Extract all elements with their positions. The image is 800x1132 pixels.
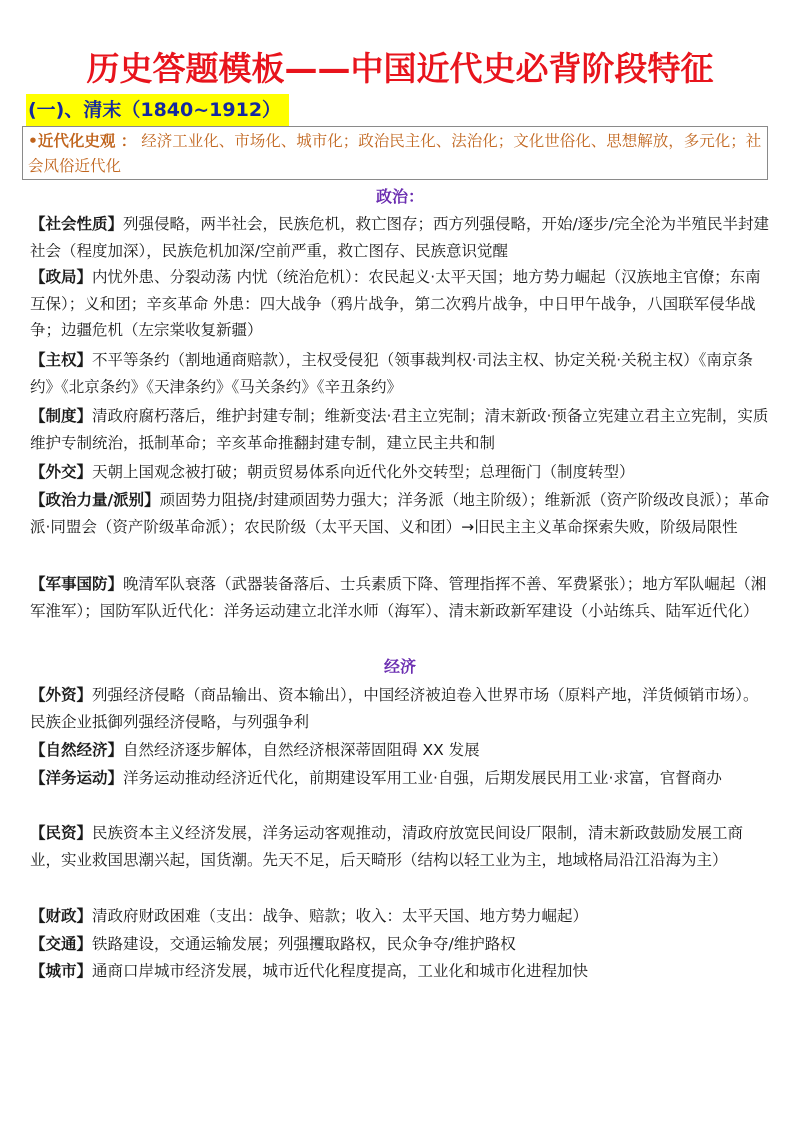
- entry-tag: 【政治力量/派别】: [30, 491, 160, 509]
- entry-tag: 【民资】: [30, 824, 92, 842]
- entry-text: 列强经济侵略（商品输出、资本输出），中国经济被迫卷入世界市场（原料产地，洋货倾销…: [30, 686, 759, 731]
- entry-finance: 【财政】清政府财政困难（支出：战争、赔款；收入：太平天国、地方势力崛起）: [30, 903, 774, 930]
- entry-text: 民族资本主义经济发展，洋务运动客观推动，清政府放宽民间设厂限制，清末新政鼓励发展…: [30, 824, 743, 869]
- entry-diplomacy: 【外交】天朝上国观念被打破；朝贡贸易体系向近代化外交转型；总理衙门（制度转型）: [30, 459, 774, 486]
- entry-tag: 【政局】: [30, 268, 92, 286]
- modernization-view-label: •近代化史观 ：: [28, 132, 136, 150]
- entry-text: 清政府财政困难（支出：战争、赔款；收入：太平天国、地方势力崛起）: [92, 907, 588, 925]
- entry-transportation: 【交通】铁路建设，交通运输发展；列强攫取路权，民众争夺/维护路权: [30, 931, 774, 958]
- entry-tag: 【财政】: [30, 907, 92, 925]
- entry-text: 不平等条约（割地通商赔款），主权受侵犯（领事裁判权·司法主权、协定关税·关税主权…: [30, 351, 753, 396]
- entry-military-defense: 【军事国防】晚清军队衰落（武器装备落后、士兵素质下降、管理指挥不善、军费紧张）；…: [30, 571, 774, 624]
- section-heading-economy: 经济: [0, 654, 800, 680]
- entry-tag: 【洋务运动】: [30, 769, 123, 787]
- modernization-view-text: 经济工业化、市场化、城市化；政治民主化、法治化；文化世俗化、思想解放，多元化；社…: [28, 132, 761, 175]
- entry-tag: 【制度】: [30, 407, 92, 425]
- entry-political-situation: 【政局】内忧外患、分裂动荡 内忧（统治危机）：农民起义·太平天国；地方势力崛起（…: [30, 264, 774, 344]
- entry-tag: 【社会性质】: [30, 215, 123, 233]
- period-header: (一)、清末（1840~1912）: [26, 94, 289, 126]
- entry-social-nature: 【社会性质】列强侵略，两半社会，民族危机，救亡图存；西方列强侵略，开始/逐步/完…: [30, 211, 774, 264]
- document-page: 历史答题模板——中国近代史必背阶段特征 (一)、清末（1840~1912） •近…: [0, 0, 800, 1132]
- page-title: 历史答题模板——中国近代史必背阶段特征: [0, 44, 800, 94]
- entry-tag: 【军事国防】: [30, 575, 123, 593]
- entry-text: 天朝上国观念被打破；朝贡贸易体系向近代化外交转型；总理衙门（制度转型）: [92, 463, 635, 481]
- entry-text: 自然经济逐步解体，自然经济根深蒂固阻碍 XX 发展: [123, 741, 480, 759]
- section-heading-politics: 政治：: [0, 184, 800, 210]
- entry-natural-economy: 【自然经济】自然经济逐步解体，自然经济根深蒂固阻碍 XX 发展: [30, 737, 774, 764]
- entry-foreign-capital: 【外资】列强经济侵略（商品输出、资本输出），中国经济被迫卷入世界市场（原料产地，…: [30, 682, 774, 735]
- entry-text: 通商口岸城市经济发展，城市近代化程度提高，工业化和城市化进程加快: [92, 962, 588, 980]
- entry-national-capital: 【民资】民族资本主义经济发展，洋务运动客观推动，清政府放宽民间设厂限制，清末新政…: [30, 820, 774, 873]
- entry-tag: 【城市】: [30, 962, 92, 980]
- entry-tag: 【外资】: [30, 686, 92, 704]
- entry-system: 【制度】清政府腐朽落后，维护封建专制；维新变法·君主立宪制；清末新政·预备立宪建…: [30, 403, 774, 456]
- entry-tag: 【外交】: [30, 463, 92, 481]
- entry-cities: 【城市】通商口岸城市经济发展，城市近代化程度提高，工业化和城市化进程加快: [30, 958, 774, 985]
- modernization-view-box: •近代化史观 ： 经济工业化、市场化、城市化；政治民主化、法治化；文化世俗化、思…: [22, 126, 768, 180]
- entry-text: 内忧外患、分裂动荡 内忧（统治危机）：农民起义·太平天国；地方势力崛起（汉族地主…: [30, 268, 761, 339]
- entry-westernization-movement: 【洋务运动】洋务运动推动经济近代化，前期建设军用工业·自强，后期发展民用工业·求…: [30, 765, 774, 792]
- entry-text: 洋务运动推动经济近代化，前期建设军用工业·自强，后期发展民用工业·求富，官督商办: [123, 769, 722, 787]
- entry-text: 铁路建设，交通运输发展；列强攫取路权，民众争夺/维护路权: [92, 935, 516, 953]
- entry-text: 列强侵略，两半社会，民族危机，救亡图存；西方列强侵略，开始/逐步/完全沦为半殖民…: [30, 215, 769, 260]
- entry-text: 清政府腐朽落后，维护封建专制；维新变法·君主立宪制；清末新政·预备立宪建立君主立…: [30, 407, 768, 452]
- entry-political-forces: 【政治力量/派别】顽固势力阻挠/封建顽固势力强大；洋务派（地主阶级）；维新派（资…: [30, 487, 774, 540]
- entry-tag: 【交通】: [30, 935, 92, 953]
- entry-tag: 【自然经济】: [30, 741, 123, 759]
- entry-sovereignty: 【主权】不平等条约（割地通商赔款），主权受侵犯（领事裁判权·司法主权、协定关税·…: [30, 347, 774, 400]
- period-label: (一)、清末（1840~1912）: [26, 99, 281, 121]
- entry-tag: 【主权】: [30, 351, 92, 369]
- entry-text: 晚清军队衰落（武器装备落后、士兵素质下降、管理指挥不善、军费紧张）；地方军队崛起…: [30, 575, 766, 620]
